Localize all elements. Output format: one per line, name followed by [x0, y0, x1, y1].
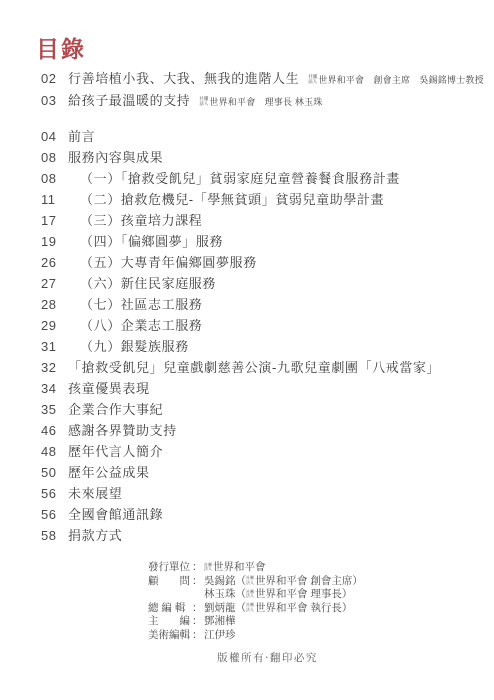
toc-entry-row: 08 服務內容與成果: [41, 147, 440, 168]
toc-page-number: 04: [41, 126, 68, 147]
toc-entry-title: 感謝各界贊助支持: [68, 420, 177, 441]
toc-entry-row: 35 企業合作大事紀: [41, 399, 440, 420]
colophon-value-post: 世界和平會 執行長）: [255, 602, 352, 614]
org-logo-bottom: 法人: [246, 594, 254, 598]
toc-entry-row: 56 未來展望: [41, 483, 440, 504]
header-entries: 02 行善培植小我、大我、無我的進階人生 社團法人世界和平會 創會主席 吳錫銘博…: [41, 68, 484, 112]
toc-page-number: 26: [41, 252, 68, 273]
toc-page-number: 34: [41, 378, 68, 399]
toc-page-number: 46: [41, 420, 68, 441]
toc-page-number: 58: [41, 525, 68, 546]
toc-entry-title: 給孩子最溫暖的支持: [68, 90, 190, 112]
org-logo-bottom: 法人: [246, 608, 254, 612]
toc-entry-title: 歷年代言人簡介: [68, 441, 163, 462]
header-entry-row: 03 給孩子最溫暖的支持 社團法人世界和平會 理事長 林玉珠: [41, 90, 484, 112]
colophon-value-pre: 劉炳龍（: [204, 602, 246, 614]
header-entry-row: 02 行善培植小我、大我、無我的進階人生 社團法人世界和平會 創會主席 吳錫銘博…: [41, 68, 484, 90]
colophon-label: 美術編輯: [148, 629, 192, 643]
toc-entry-row: 46 感謝各界贊助支持: [41, 420, 440, 441]
toc-entry-title: （三）孩童培力課程: [68, 210, 202, 231]
toc-page-number: 56: [41, 504, 68, 525]
toc-entry-annotation: 社團法人世界和平會 創會主席 吳錫銘博士教授: [308, 69, 484, 91]
toc-entry-title: 企業合作大事紀: [68, 399, 163, 420]
toc-entry-title: 全國會館通訊錄: [68, 504, 163, 525]
toc-entry-title: 孩童優異表現: [68, 378, 150, 399]
toc-entry-row: 48 歷年代言人簡介: [41, 441, 440, 462]
toc-page-number: 48: [41, 441, 68, 462]
toc-entry-row: 32 「搶救受飢兒」兒童戲劇慈善公演-九歌兒童劇團「八戒當家」: [41, 357, 440, 378]
org-logo-bottom: 法人: [246, 581, 254, 585]
colophon-label: 發行單位: [148, 561, 192, 575]
org-logo-bottom: 法人: [199, 101, 208, 106]
colophon-colon: ：: [192, 602, 204, 616]
colophon-value-pre: 吳錫銘（: [204, 575, 246, 587]
annotation-text: 世界和平會 理事長 林玉珠: [209, 97, 322, 107]
toc-page-number: 32: [41, 357, 68, 378]
toc-entry-title: （五）大專青年偏鄉圓夢服務: [68, 252, 257, 273]
toc-document-page: 目錄 02 行善培植小我、大我、無我的進階人生 社團法人世界和平會 創會主席 吳…: [0, 0, 494, 700]
toc-page-number: 08: [41, 147, 68, 168]
org-logo-bottom: 法人: [204, 567, 212, 571]
colophon-row: 林玉珠（社團法人世界和平會 理事長）: [148, 588, 363, 602]
colophon-colon: ：: [192, 575, 204, 589]
toc-page-number: 28: [41, 294, 68, 315]
colophon: 發行單位：社團法人世界和平會 顧 問：吳錫銘（社團法人世界和平會 創會主席） 林…: [148, 561, 363, 643]
toc-entry-row: 34 孩童優異表現: [41, 378, 440, 399]
toc-page-number: 19: [41, 231, 68, 252]
colophon-value: 鄧湘樺: [204, 615, 236, 629]
toc-page-number: 02: [41, 68, 68, 90]
colophon-label: 總 編 輯: [148, 602, 192, 616]
toc-entry-title: 服務內容與成果: [68, 147, 163, 168]
toc-entry-row: 29 （八）企業志工服務: [41, 315, 440, 336]
toc-entry-annotation: 社團法人世界和平會 理事長 林玉珠: [199, 91, 322, 113]
colophon-colon: ：: [192, 629, 204, 643]
org-logo-bottom: 法人: [308, 79, 317, 84]
toc-entry-row: 04 前言: [41, 126, 440, 147]
colophon-colon: ：: [192, 561, 204, 575]
toc-entry-title: 歷年公益成果: [68, 462, 150, 483]
annotation-text: 世界和平會 創會主席 吳錫銘博士教授: [318, 75, 484, 85]
toc-entry-title: 前言: [68, 126, 95, 147]
toc-page-number: 29: [41, 315, 68, 336]
toc-page-number: 35: [41, 399, 68, 420]
toc-entry-title: 行善培植小我、大我、無我的進階人生: [68, 68, 299, 90]
colophon-value: 江伊珍: [204, 629, 236, 643]
toc-entry-row: 58 捐款方式: [41, 525, 440, 546]
colophon-value: 吳錫銘（社團法人世界和平會 創會主席）: [204, 575, 363, 589]
colophon-row: 顧 問：吳錫銘（社團法人世界和平會 創會主席）: [148, 575, 363, 589]
toc-entry-row: 56 全國會館通訊錄: [41, 504, 440, 525]
colophon-row: 主 編：鄧湘樺: [148, 615, 363, 629]
toc-entry-title: （一）「搶救受飢兒」貧弱家庭兒童營養餐食服務計畫: [68, 168, 400, 189]
toc-entry-title: 捐款方式: [68, 525, 122, 546]
toc-entry-row: 26 （五）大專青年偏鄉圓夢服務: [41, 252, 440, 273]
toc-entry-title: （六）新住民家庭服務: [68, 273, 216, 294]
toc-entry-row: 11 （二）搶救危機兒-「學無貧頭」貧弱兒童助學計畫: [41, 189, 440, 210]
colophon-value-post: 世界和平會 理事長）: [255, 588, 352, 600]
org-logo: 社團法人: [199, 96, 208, 106]
toc-entry-title: （八）企業志工服務: [68, 315, 202, 336]
org-logo: 社團法人: [246, 576, 254, 585]
toc-entry-title: 「搶救受飢兒」兒童戲劇慈善公演-九歌兒童劇團「八戒當家」: [68, 357, 440, 378]
colophon-value: 林玉珠（社團法人世界和平會 理事長）: [204, 588, 352, 602]
toc-page-number: 56: [41, 483, 68, 504]
org-logo: 社團法人: [308, 74, 317, 84]
toc-entry-row: 19 （四）「偏鄉圓夢」服務: [41, 231, 440, 252]
toc-entry-row: 17 （三）孩童培力課程: [41, 210, 440, 231]
toc-entry-row: 27 （六）新住民家庭服務: [41, 273, 440, 294]
toc-entry-row: 31 （九）銀髮族服務: [41, 336, 440, 357]
org-logo: 社團法人: [246, 603, 254, 612]
toc-page-number: 08: [41, 168, 68, 189]
toc-page-number: 11: [41, 189, 68, 210]
toc-page-number: 03: [41, 90, 68, 112]
toc-entry-title: （四）「偏鄉圓夢」服務: [68, 231, 223, 252]
toc-entry-title: （七）社區志工服務: [68, 294, 202, 315]
toc-entry-title: 未來展望: [68, 483, 122, 504]
colophon-value-pre: 林玉珠（: [204, 588, 246, 600]
org-logo: 社團法人: [246, 590, 254, 599]
colophon-label: 顧 問: [148, 575, 192, 589]
toc-page-number: 17: [41, 210, 68, 231]
toc-page-number: 50: [41, 462, 68, 483]
toc-entry-row: 28 （七）社區志工服務: [41, 294, 440, 315]
colophon-row: 發行單位：社團法人世界和平會: [148, 561, 363, 575]
toc-entry-title: （二）搶救危機兒-「學無貧頭」貧弱兒童助學計畫: [68, 189, 384, 210]
colophon-value-pre: 鄧湘樺: [204, 615, 236, 627]
colophon-value-pre: 江伊珍: [204, 629, 236, 641]
toc-entry-row: 08 （一）「搶救受飢兒」貧弱家庭兒童營養餐食服務計畫: [41, 168, 440, 189]
org-logo: 社團法人: [204, 563, 212, 572]
colophon-value-post: 世界和平會 創會主席）: [255, 575, 363, 587]
toc-entry-row: 50 歷年公益成果: [41, 462, 440, 483]
colophon-colon: ：: [192, 615, 204, 629]
colophon-row: 美術編輯：江伊珍: [148, 629, 363, 643]
toc-page-number: 27: [41, 273, 68, 294]
toc-entry-title: （九）銀髮族服務: [68, 336, 189, 357]
copyright-line: 版權所有‧翻印必究: [150, 650, 385, 665]
toc-page-number: 31: [41, 336, 68, 357]
colophon-value: 劉炳龍（社團法人世界和平會 執行長）: [204, 602, 352, 616]
colophon-label: 主 編: [148, 615, 192, 629]
page-title: 目錄: [36, 36, 86, 62]
toc-list: 04 前言 08 服務內容與成果 08 （一）「搶救受飢兒」貧弱家庭兒童營養餐食…: [41, 126, 440, 546]
colophon-value: 社團法人世界和平會: [204, 561, 266, 575]
colophon-row: 總 編 輯：劉炳龍（社團法人世界和平會 執行長）: [148, 602, 363, 616]
colophon-value-post: 世界和平會: [213, 561, 266, 573]
